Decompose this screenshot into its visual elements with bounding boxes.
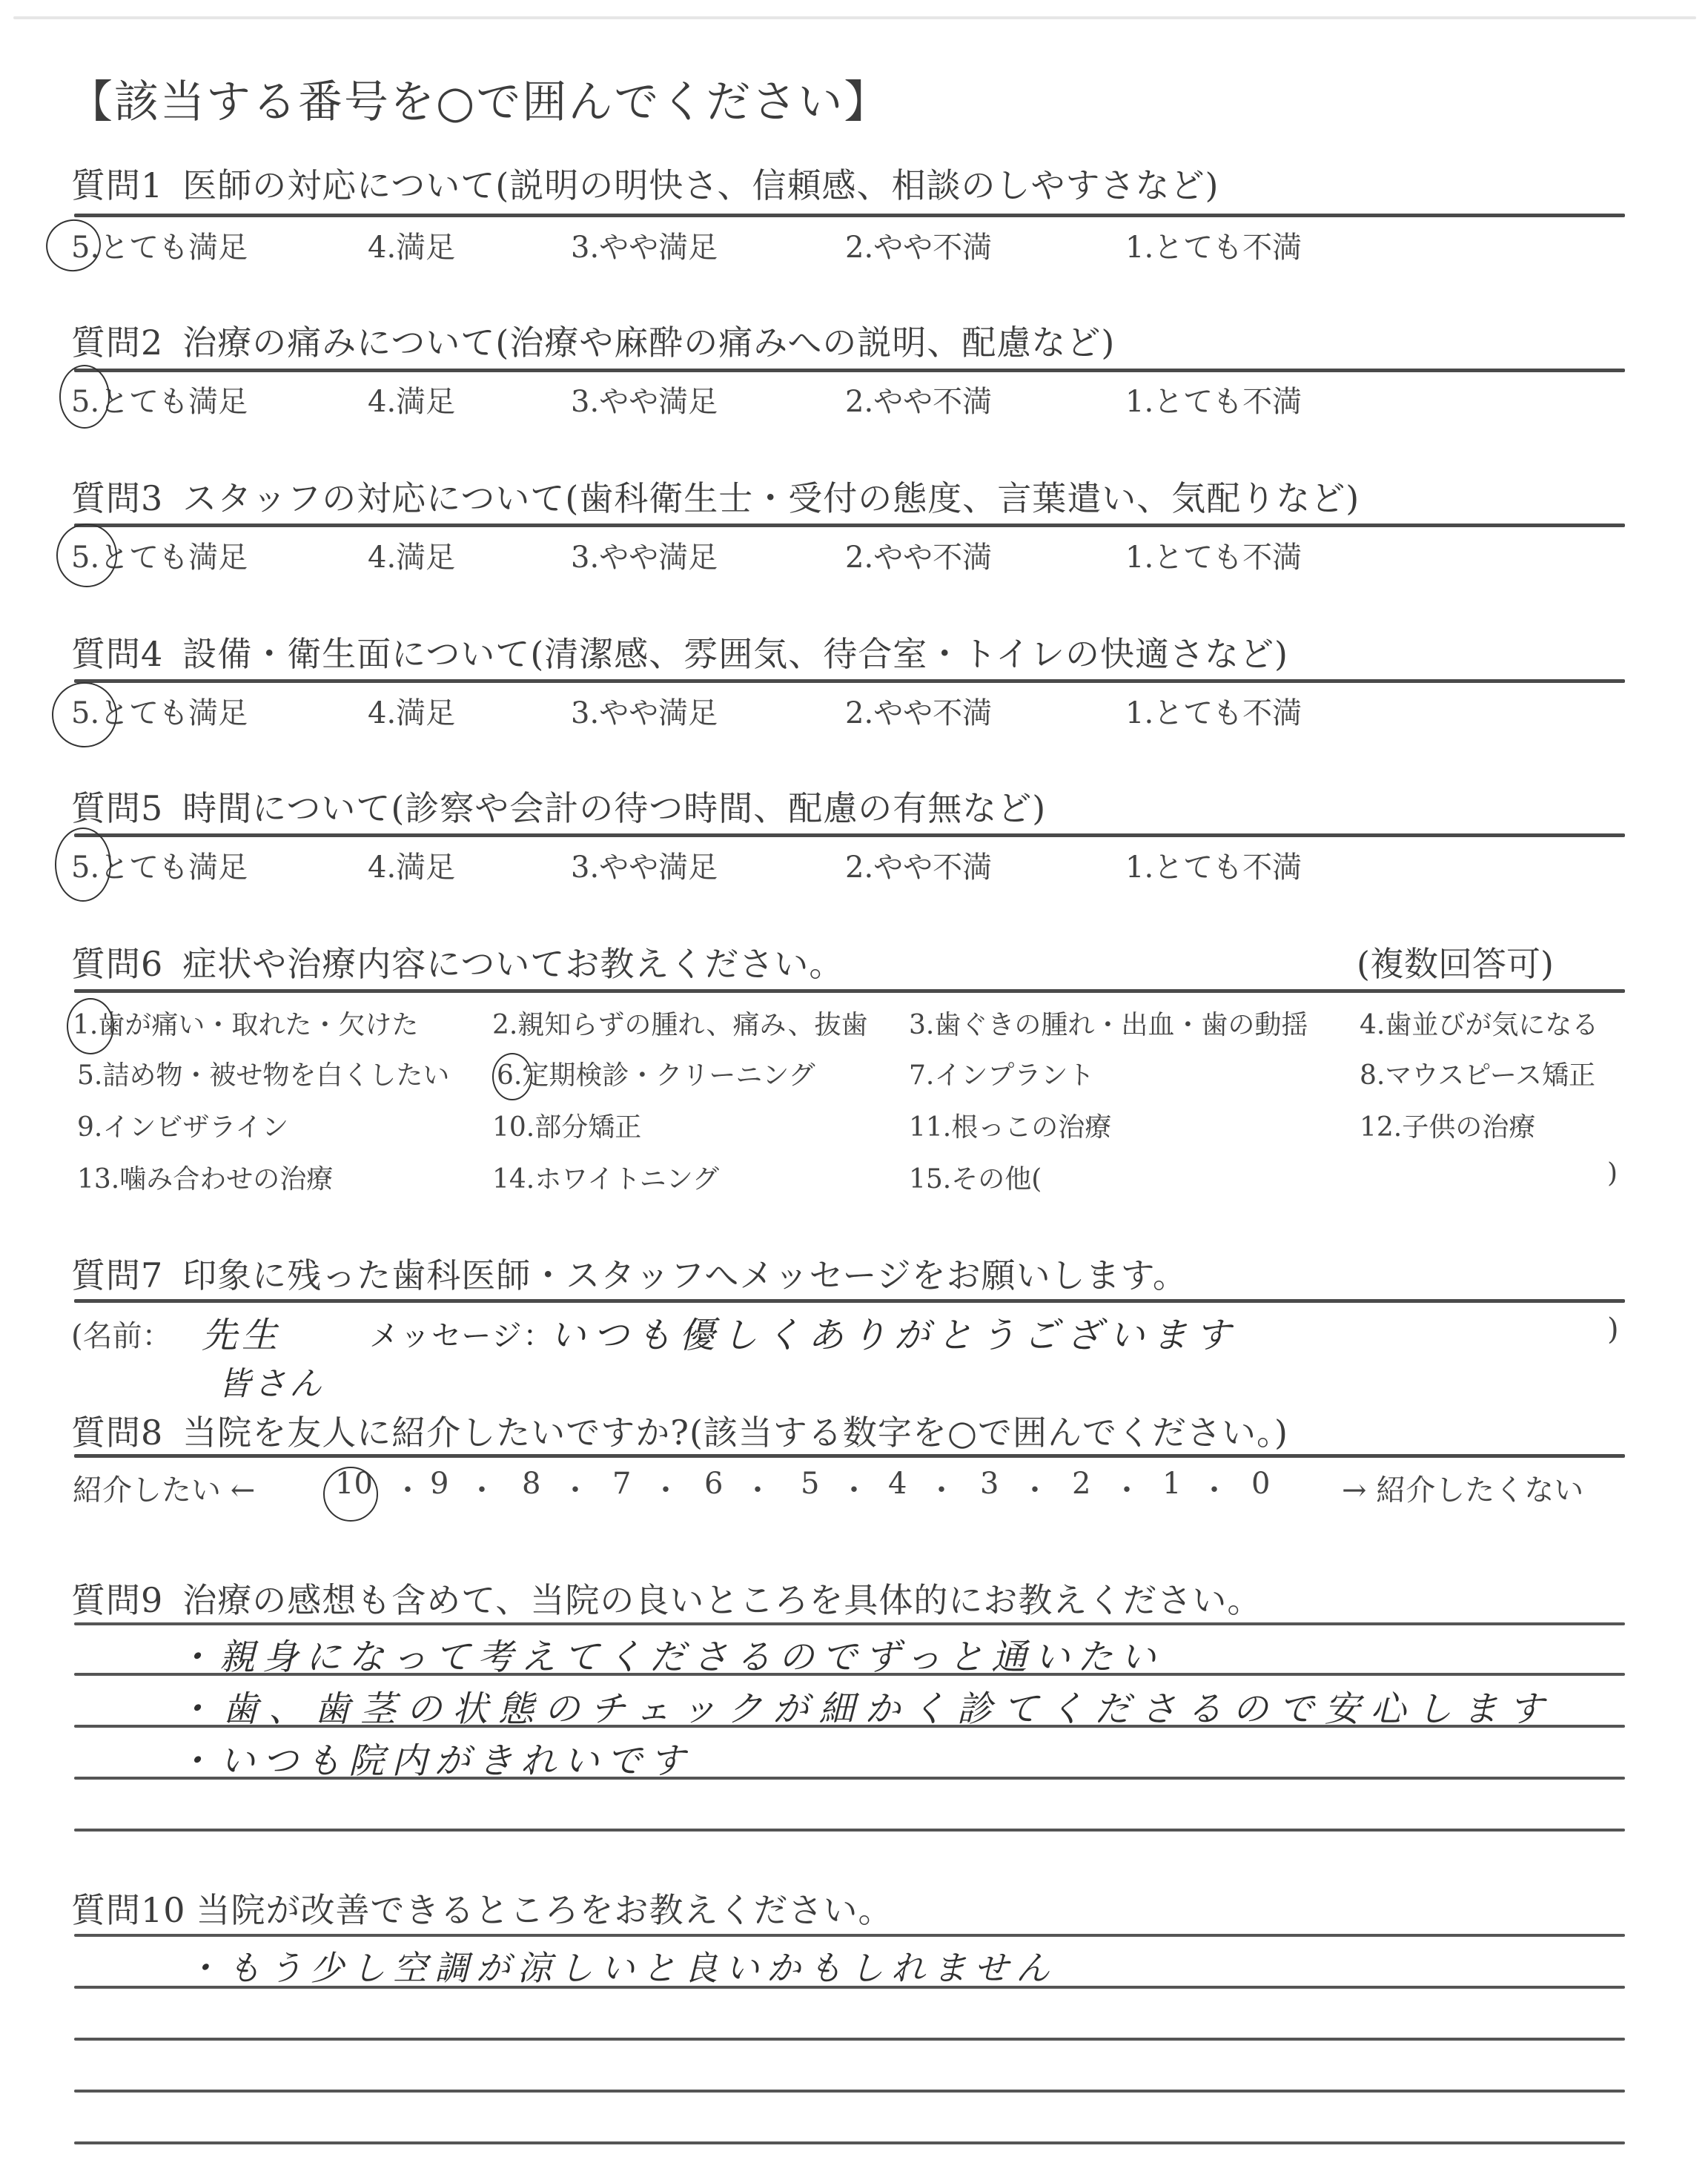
question-text: 設備・衛生面について(清潔感、雰囲気、待合室・トイレの快適さなど) — [182, 634, 1288, 674]
option-3[interactable]: 3.やや満足 — [571, 224, 718, 266]
selection-circle — [55, 828, 111, 902]
question-label: 質問2 — [71, 323, 163, 363]
answer-line — [74, 1622, 1625, 1625]
answer-line — [74, 2141, 1625, 2144]
option-3[interactable]: 3.やや満足 — [571, 378, 718, 420]
answer-line — [74, 2090, 1625, 2093]
option-1[interactable]: 1.とても不満 — [1125, 690, 1302, 732]
message-value[interactable]: いつも優しくありがとうございます — [550, 1307, 1238, 1358]
option-4[interactable]: 4.満足 — [368, 224, 455, 266]
q6-option-15-close: ) — [1607, 1158, 1618, 1189]
q6-option-15[interactable]: 15.その他( — [909, 1158, 1042, 1196]
divider — [74, 1299, 1625, 1303]
question-label: 質問4 — [71, 634, 163, 674]
question-label: 質問7 — [71, 1255, 163, 1295]
answer-line-1[interactable]: ・親身になって考えてくださるのでずっと通いたい — [176, 1628, 1163, 1680]
divider — [74, 1454, 1625, 1458]
scale-6[interactable]: 6 — [704, 1467, 723, 1501]
question-6-heading: 質問6症状や治療内容についてお教えください。 — [71, 937, 844, 986]
scale-0[interactable]: 0 — [1251, 1467, 1270, 1501]
divider — [74, 524, 1625, 527]
scale-separator: ・ — [927, 1467, 956, 1509]
question-label: 質問6 — [71, 944, 163, 984]
question-7-heading: 質問7印象に残った歯科医師・スタッフへメッセージをお願いします。 — [71, 1249, 1188, 1298]
scale-separator: ・ — [1112, 1467, 1142, 1509]
question-label: 質問5 — [71, 788, 163, 828]
scale-separator: ・ — [743, 1467, 772, 1509]
q6-option-1[interactable]: 1.歯が痛い・取れた・欠けた — [73, 1004, 418, 1042]
option-1[interactable]: 1.とても不満 — [1125, 378, 1302, 420]
scale-5[interactable]: 5 — [801, 1467, 819, 1501]
name-label: (名前： — [71, 1312, 172, 1355]
option-2[interactable]: 2.やや不満 — [845, 534, 992, 576]
recommend-no-label: → 紹介したくない — [1342, 1467, 1583, 1509]
selection-circle — [59, 365, 110, 429]
multiple-answers-note: (複数回答可) — [1357, 937, 1554, 986]
question-text: 症状や治療内容についてお教えください。 — [182, 944, 844, 984]
scale-separator: ・ — [393, 1467, 423, 1509]
option-4[interactable]: 4.満足 — [368, 690, 455, 732]
scale-2[interactable]: 2 — [1072, 1467, 1090, 1501]
message-close-paren: ) — [1607, 1312, 1619, 1347]
q6-option-7[interactable]: 7.インプラント — [909, 1054, 1094, 1092]
scale-1[interactable]: 1 — [1162, 1467, 1181, 1501]
divider — [74, 679, 1625, 683]
answer-line-1[interactable]: ・もう少し空調が涼しいと良いかもしれません — [185, 1941, 1057, 1990]
q6-option-5[interactable]: 5.詰め物・被せ物を白くしたい — [77, 1054, 449, 1092]
q6-option-3[interactable]: 3.歯ぐきの腫れ・出血・歯の動揺 — [909, 1004, 1308, 1042]
selection-circle — [56, 524, 117, 587]
question-8-heading: 質問8当院を友人に紹介したいですか?(該当する数字を○で囲んでください。) — [71, 1406, 1288, 1455]
q6-option-12[interactable]: 12.子供の治療 — [1360, 1106, 1535, 1144]
divider — [74, 989, 1625, 993]
q6-option-13[interactable]: 13.噛み合わせの治療 — [77, 1158, 333, 1196]
question-text: スタッフの対応について(歯科衛生士・受付の態度、言葉遣い、気配りなど) — [182, 478, 1360, 518]
answer-line-2[interactable]: ・歯、歯茎の状態のチェックが細かく診てくださるので安心します — [176, 1680, 1555, 1731]
answer-line — [74, 1934, 1625, 1937]
question-1-heading: 質問1医師の対応について(説明の明快さ、信頼感、相談のしやすさなど) — [71, 159, 1219, 208]
option-3[interactable]: 3.やや満足 — [571, 534, 718, 576]
q6-option-14[interactable]: 14.ホワイトニング — [492, 1158, 719, 1196]
message-label: メッセージ： — [369, 1312, 555, 1355]
question-text: 当院が改善できるところをお教えください。 — [196, 1890, 893, 1930]
divider — [74, 369, 1625, 372]
question-5-heading: 質問5時間について(診察や会計の待つ時間、配慮の有無など) — [71, 782, 1046, 830]
question-3-heading: 質問3スタッフの対応について(歯科衛生士・受付の態度、言葉遣い、気配りなど) — [71, 472, 1360, 521]
option-4[interactable]: 4.満足 — [368, 534, 455, 576]
question-4-heading: 質問4設備・衛生面について(清潔感、雰囲気、待合室・トイレの快適さなど) — [71, 627, 1288, 676]
name-value-line-2[interactable]: 皆さん — [218, 1357, 325, 1404]
q6-option-10[interactable]: 10.部分矯正 — [492, 1106, 641, 1144]
scale-separator: ・ — [651, 1467, 681, 1509]
question-label: 質問3 — [71, 478, 163, 518]
q6-option-6[interactable]: 6.定期検診・クリーニング — [497, 1054, 815, 1092]
divider — [74, 214, 1625, 217]
question-text: 治療の痛みについて(治療や麻酔の痛みへの説明、配慮など) — [182, 323, 1115, 363]
scale-separator: ・ — [467, 1467, 497, 1509]
q6-option-11[interactable]: 11.根っこの治療 — [909, 1106, 1111, 1144]
option-2[interactable]: 2.やや不満 — [845, 690, 992, 732]
option-2[interactable]: 2.やや不満 — [845, 378, 992, 420]
scale-8[interactable]: 8 — [522, 1467, 540, 1501]
option-1[interactable]: 1.とても不満 — [1125, 224, 1302, 266]
option-2[interactable]: 2.やや不満 — [845, 224, 992, 266]
divider — [74, 833, 1625, 837]
scan-edge — [13, 16, 1696, 19]
q6-option-4[interactable]: 4.歯並びが気になる — [1360, 1004, 1598, 1042]
scale-separator: ・ — [1020, 1467, 1050, 1509]
question-label: 質問9 — [71, 1580, 163, 1620]
scale-separator: ・ — [839, 1467, 869, 1509]
answer-line — [74, 1829, 1625, 1832]
option-1[interactable]: 1.とても不満 — [1125, 844, 1302, 886]
scale-9[interactable]: 9 — [430, 1467, 448, 1501]
question-text: 印象に残った歯科医師・スタッフへメッセージをお願いします。 — [182, 1255, 1188, 1295]
option-1[interactable]: 1.とても不満 — [1125, 534, 1302, 576]
question-label: 質問1 — [71, 165, 163, 205]
answer-line-3[interactable]: ・いつも院内がきれいです — [176, 1732, 692, 1783]
scale-separator: ・ — [1199, 1467, 1229, 1509]
option-4[interactable]: 4.満足 — [368, 378, 455, 420]
page-title: 【該当する番号を○で囲んでください】 — [68, 67, 890, 131]
question-text: 時間について(診察や会計の待つ時間、配慮の有無など) — [182, 788, 1046, 828]
selection-circle — [323, 1467, 378, 1522]
scale-3[interactable]: 3 — [980, 1467, 999, 1501]
selection-circle — [492, 1053, 532, 1100]
question-text: 医師の対応について(説明の明快さ、信頼感、相談のしやすさなど) — [182, 165, 1219, 205]
scale-7[interactable]: 7 — [612, 1467, 631, 1501]
q6-option-8[interactable]: 8.マウスピース矯正 — [1360, 1054, 1595, 1092]
question-9-heading: 質問9治療の感想も含めて、当院の良いところを具体的にお教えください。 — [71, 1573, 1262, 1622]
question-2-heading: 質問2治療の痛みについて(治療や麻酔の痛みへの説明、配慮など) — [71, 316, 1115, 365]
scale-separator: ・ — [560, 1467, 590, 1509]
option-2[interactable]: 2.やや不満 — [845, 844, 992, 886]
selection-circle — [67, 998, 114, 1054]
option-3[interactable]: 3.やや満足 — [571, 844, 718, 886]
question-text: 当院を友人に紹介したいですか?(該当する数字を○で囲んでください。) — [182, 1413, 1288, 1453]
question-label: 質問8 — [71, 1413, 163, 1453]
option-3[interactable]: 3.やや満足 — [571, 690, 718, 732]
question-10-heading: 質問10当院が改善できるところをお教えください。 — [71, 1883, 893, 1932]
question-label: 質問10 — [71, 1890, 186, 1930]
answer-line — [74, 2038, 1625, 2041]
q6-option-9[interactable]: 9.インビザライン — [77, 1106, 288, 1144]
name-value-line-1[interactable]: 先生 — [202, 1307, 282, 1358]
option-4[interactable]: 4.満足 — [368, 844, 455, 886]
q6-option-2[interactable]: 2.親知らずの腫れ、痛み、抜歯 — [492, 1004, 868, 1042]
scale-4[interactable]: 4 — [888, 1467, 907, 1501]
recommend-yes-label: 紹介したい ← — [73, 1467, 255, 1509]
question-text: 治療の感想も含めて、当院の良いところを具体的にお教えください。 — [182, 1580, 1262, 1620]
